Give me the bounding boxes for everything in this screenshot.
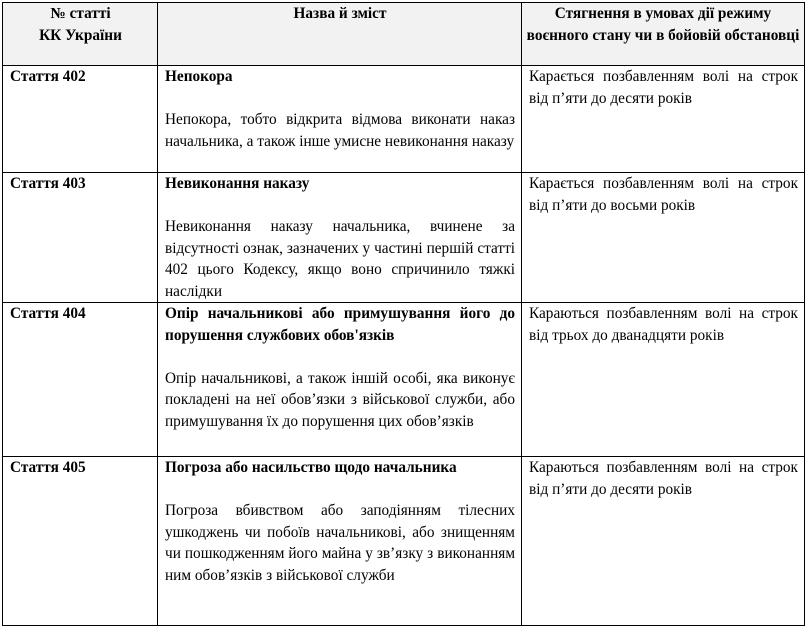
- header-article-number-line2: КК України: [39, 27, 122, 44]
- article-title: Опір начальникові або примушування його …: [165, 303, 515, 346]
- spacer: [165, 346, 515, 368]
- article-number: Стаття 403: [3, 173, 158, 303]
- table-row: Стаття 403 Невиконання наказу Невиконанн…: [3, 173, 805, 303]
- article-number: Стаття 404: [3, 303, 158, 457]
- header-article-number: № статті КК України: [3, 3, 158, 66]
- spacer: [165, 479, 515, 501]
- article-penalty: Карається позбавленням волі на строк від…: [522, 66, 805, 173]
- article-description: Невиконання наказу начальника, вчинене з…: [165, 216, 515, 302]
- article-penalty: Карається позбавленням волі на строк від…: [522, 173, 805, 303]
- article-content: Невиконання наказу Невиконання наказу на…: [158, 173, 522, 303]
- article-description: Непокора, тобто відкрита відмова виконат…: [165, 109, 515, 152]
- article-content: Опір начальникові або примушування його …: [158, 303, 522, 457]
- article-content: Погроза або насильство щодо начальника П…: [158, 457, 522, 626]
- table-row: Стаття 405 Погроза або насильство щодо н…: [3, 457, 805, 626]
- article-number: Стаття 405: [3, 457, 158, 626]
- spacer: [165, 88, 515, 110]
- articles-table: № статті КК України Назва й зміст Стягне…: [2, 2, 805, 626]
- spacer: [165, 195, 515, 217]
- table-header: № статті КК України Назва й зміст Стягне…: [3, 3, 805, 66]
- header-penalty: Стягнення в умовах дії режиму воєнного с…: [522, 3, 805, 66]
- article-penalty: Караються позбавленням волі на строк від…: [522, 303, 805, 457]
- header-row: № статті КК України Назва й зміст Стягне…: [3, 3, 805, 66]
- article-number: Стаття 402: [3, 66, 158, 173]
- table-body: Стаття 402 Непокора Непокора, тобто відк…: [3, 66, 805, 626]
- article-title: Невиконання наказу: [165, 173, 515, 195]
- article-content: Непокора Непокора, тобто відкрита відмов…: [158, 66, 522, 173]
- header-title-content: Назва й зміст: [158, 3, 522, 66]
- table-row: Стаття 404 Опір начальникові або примушу…: [3, 303, 805, 457]
- article-description: Погроза вбивством або заподіянням тілесн…: [165, 500, 515, 586]
- article-title: Непокора: [165, 66, 515, 88]
- article-title: Погроза або насильство щодо начальника: [165, 457, 515, 479]
- header-article-number-line1: № статті: [50, 5, 110, 22]
- article-description: Опір начальникові, а також іншій особі, …: [165, 368, 515, 433]
- table-row: Стаття 402 Непокора Непокора, тобто відк…: [3, 66, 805, 173]
- article-penalty: Караються позбавленням волі на строк від…: [522, 457, 805, 626]
